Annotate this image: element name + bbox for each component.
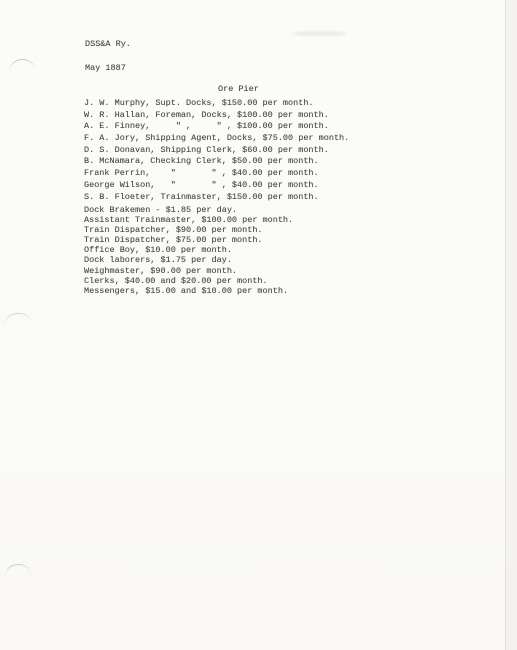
binder-mark-top xyxy=(9,58,36,72)
roster-line: S. B. Floeter, Trainmaster, $150.00 per … xyxy=(84,192,349,204)
staff-roster-section: J. W. Murphy, Supt. Docks, $150.00 per m… xyxy=(84,98,349,203)
roster-line: J. W. Murphy, Supt. Docks, $150.00 per m… xyxy=(84,98,349,110)
document-page: DSS&A Ry. May 1887 Ore Pier J. W. Murphy… xyxy=(0,0,517,650)
wage-line: Weighmaster, $90.00 per month. xyxy=(84,266,293,276)
company-name: DSS&A Ry. xyxy=(85,39,131,49)
roster-line: George Wilson, " " , $40.00 per month. xyxy=(84,180,349,192)
wage-line: Messengers, $15.00 and $10.00 per month. xyxy=(84,286,293,296)
wage-line: Train Dispatcher, $90.00 per month. xyxy=(84,225,293,235)
document-date: May 1887 xyxy=(85,63,126,73)
scan-background-strip xyxy=(506,0,517,650)
wage-line: Dock laborers, $1.75 per day. xyxy=(84,255,293,265)
roster-line: A. E. Finney, " , " , $100.00 per month. xyxy=(84,121,349,133)
roster-line: D. S. Donavan, Shipping Clerk, $60.00 pe… xyxy=(84,145,349,157)
wage-line: Assistant Trainmaster, $100.00 per month… xyxy=(84,215,293,225)
wage-line: Train Dispatcher, $75.00 per month. xyxy=(84,235,293,245)
page-title: Ore Pier xyxy=(218,84,259,94)
binder-mark-bottom xyxy=(3,563,31,579)
binder-mark-middle xyxy=(2,311,31,327)
scan-smudge xyxy=(292,31,347,36)
roster-line: Frank Perrin, " " , $40.00 per month. xyxy=(84,168,349,180)
wage-line: Clerks, $40.00 and $20.00 per month. xyxy=(84,276,293,286)
roster-line: F. A. Jory, Shipping Agent, Docks, $75.0… xyxy=(84,133,349,145)
wage-line: Dock Brakemen - $1.85 per day. xyxy=(84,205,293,215)
wage-line: Office Boy, $10.00 per month. xyxy=(84,245,293,255)
roster-line: W. R. Hallan, Foreman, Docks, $100.00 pe… xyxy=(84,110,349,122)
roster-line: B. McNamara, Checking Clerk, $50.00 per … xyxy=(84,156,349,168)
wage-rates-section: Dock Brakemen - $1.85 per day. Assistant… xyxy=(84,205,293,296)
